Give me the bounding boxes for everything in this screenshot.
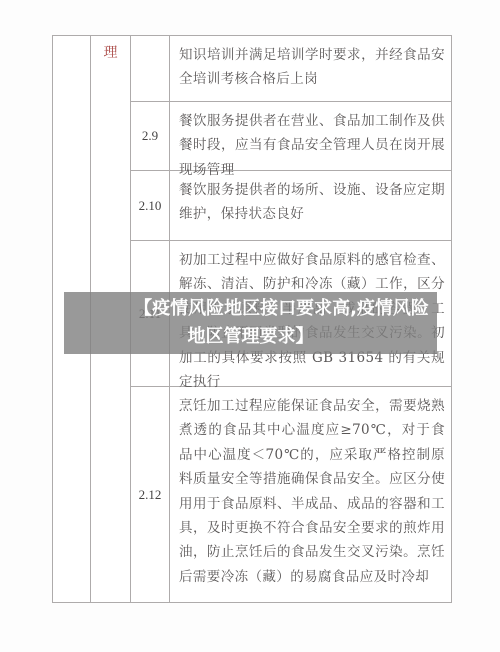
watermark-overlay: 【疫情风险地区接口要求高,疫情风险 地区管理要求】 bbox=[64, 292, 437, 354]
row-number: 2.10 bbox=[131, 171, 170, 240]
row-number: 2.9 bbox=[131, 102, 170, 170]
row-text: 餐饮服务提供者的场所、设施、设备应定期维护，保持状态良好 bbox=[170, 171, 451, 240]
table-row: 2.10 餐饮服务提供者的场所、设施、设备应定期维护，保持状态良好 bbox=[131, 171, 451, 241]
row-text: 烹饪加工过程应能保证食品安全，需要烧熟煮透的食品其中心温度应≥70℃，对于食品中… bbox=[170, 387, 451, 602]
table-row: 知识培训并满足培训学时要求，并经食品安全培训考核合格后上岗 bbox=[131, 36, 451, 102]
document-page: 理 知识培训并满足培训学时要求，并经食品安全培训考核合格后上岗 2.9 餐饮服务… bbox=[0, 0, 500, 652]
watermark-text-line2: 地区管理要求】 bbox=[188, 323, 314, 351]
row-number bbox=[131, 36, 170, 101]
row-number: 2.12 bbox=[131, 387, 170, 602]
table-row: 2.12 烹饪加工过程应能保证食品安全，需要烧熟煮透的食品其中心温度应≥70℃，… bbox=[131, 387, 451, 602]
watermark-text-line1: 【疫情风险地区接口要求高,疫情风险 bbox=[134, 295, 429, 323]
category-label: 理 bbox=[104, 45, 118, 61]
row-text: 知识培训并满足培训学时要求，并经食品安全培训考核合格后上岗 bbox=[170, 36, 451, 101]
table-row: 2.9 餐饮服务提供者在营业、食品加工制作及供餐时段，应当有食品安全管理人员在岗… bbox=[131, 102, 451, 171]
row-text: 餐饮服务提供者在营业、食品加工制作及供餐时段，应当有食品安全管理人员在岗开展现场… bbox=[170, 102, 451, 170]
